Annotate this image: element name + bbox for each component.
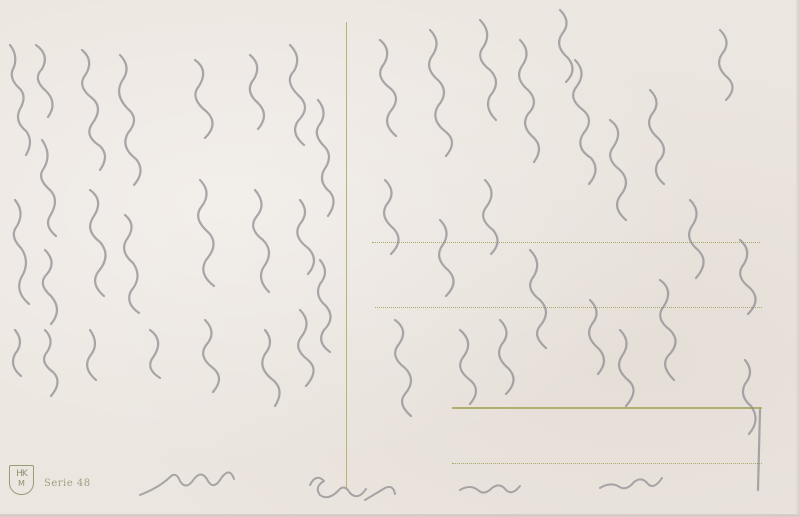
publisher-logo-top: HK [10, 469, 33, 479]
publisher-logo: HK M [9, 465, 34, 495]
postcard-back: HK M Serie 48 [0, 0, 800, 517]
handwriting-strokes [0, 0, 800, 517]
series-label: Serie 48 [44, 478, 91, 489]
publisher-logo-bottom: M [10, 479, 33, 489]
